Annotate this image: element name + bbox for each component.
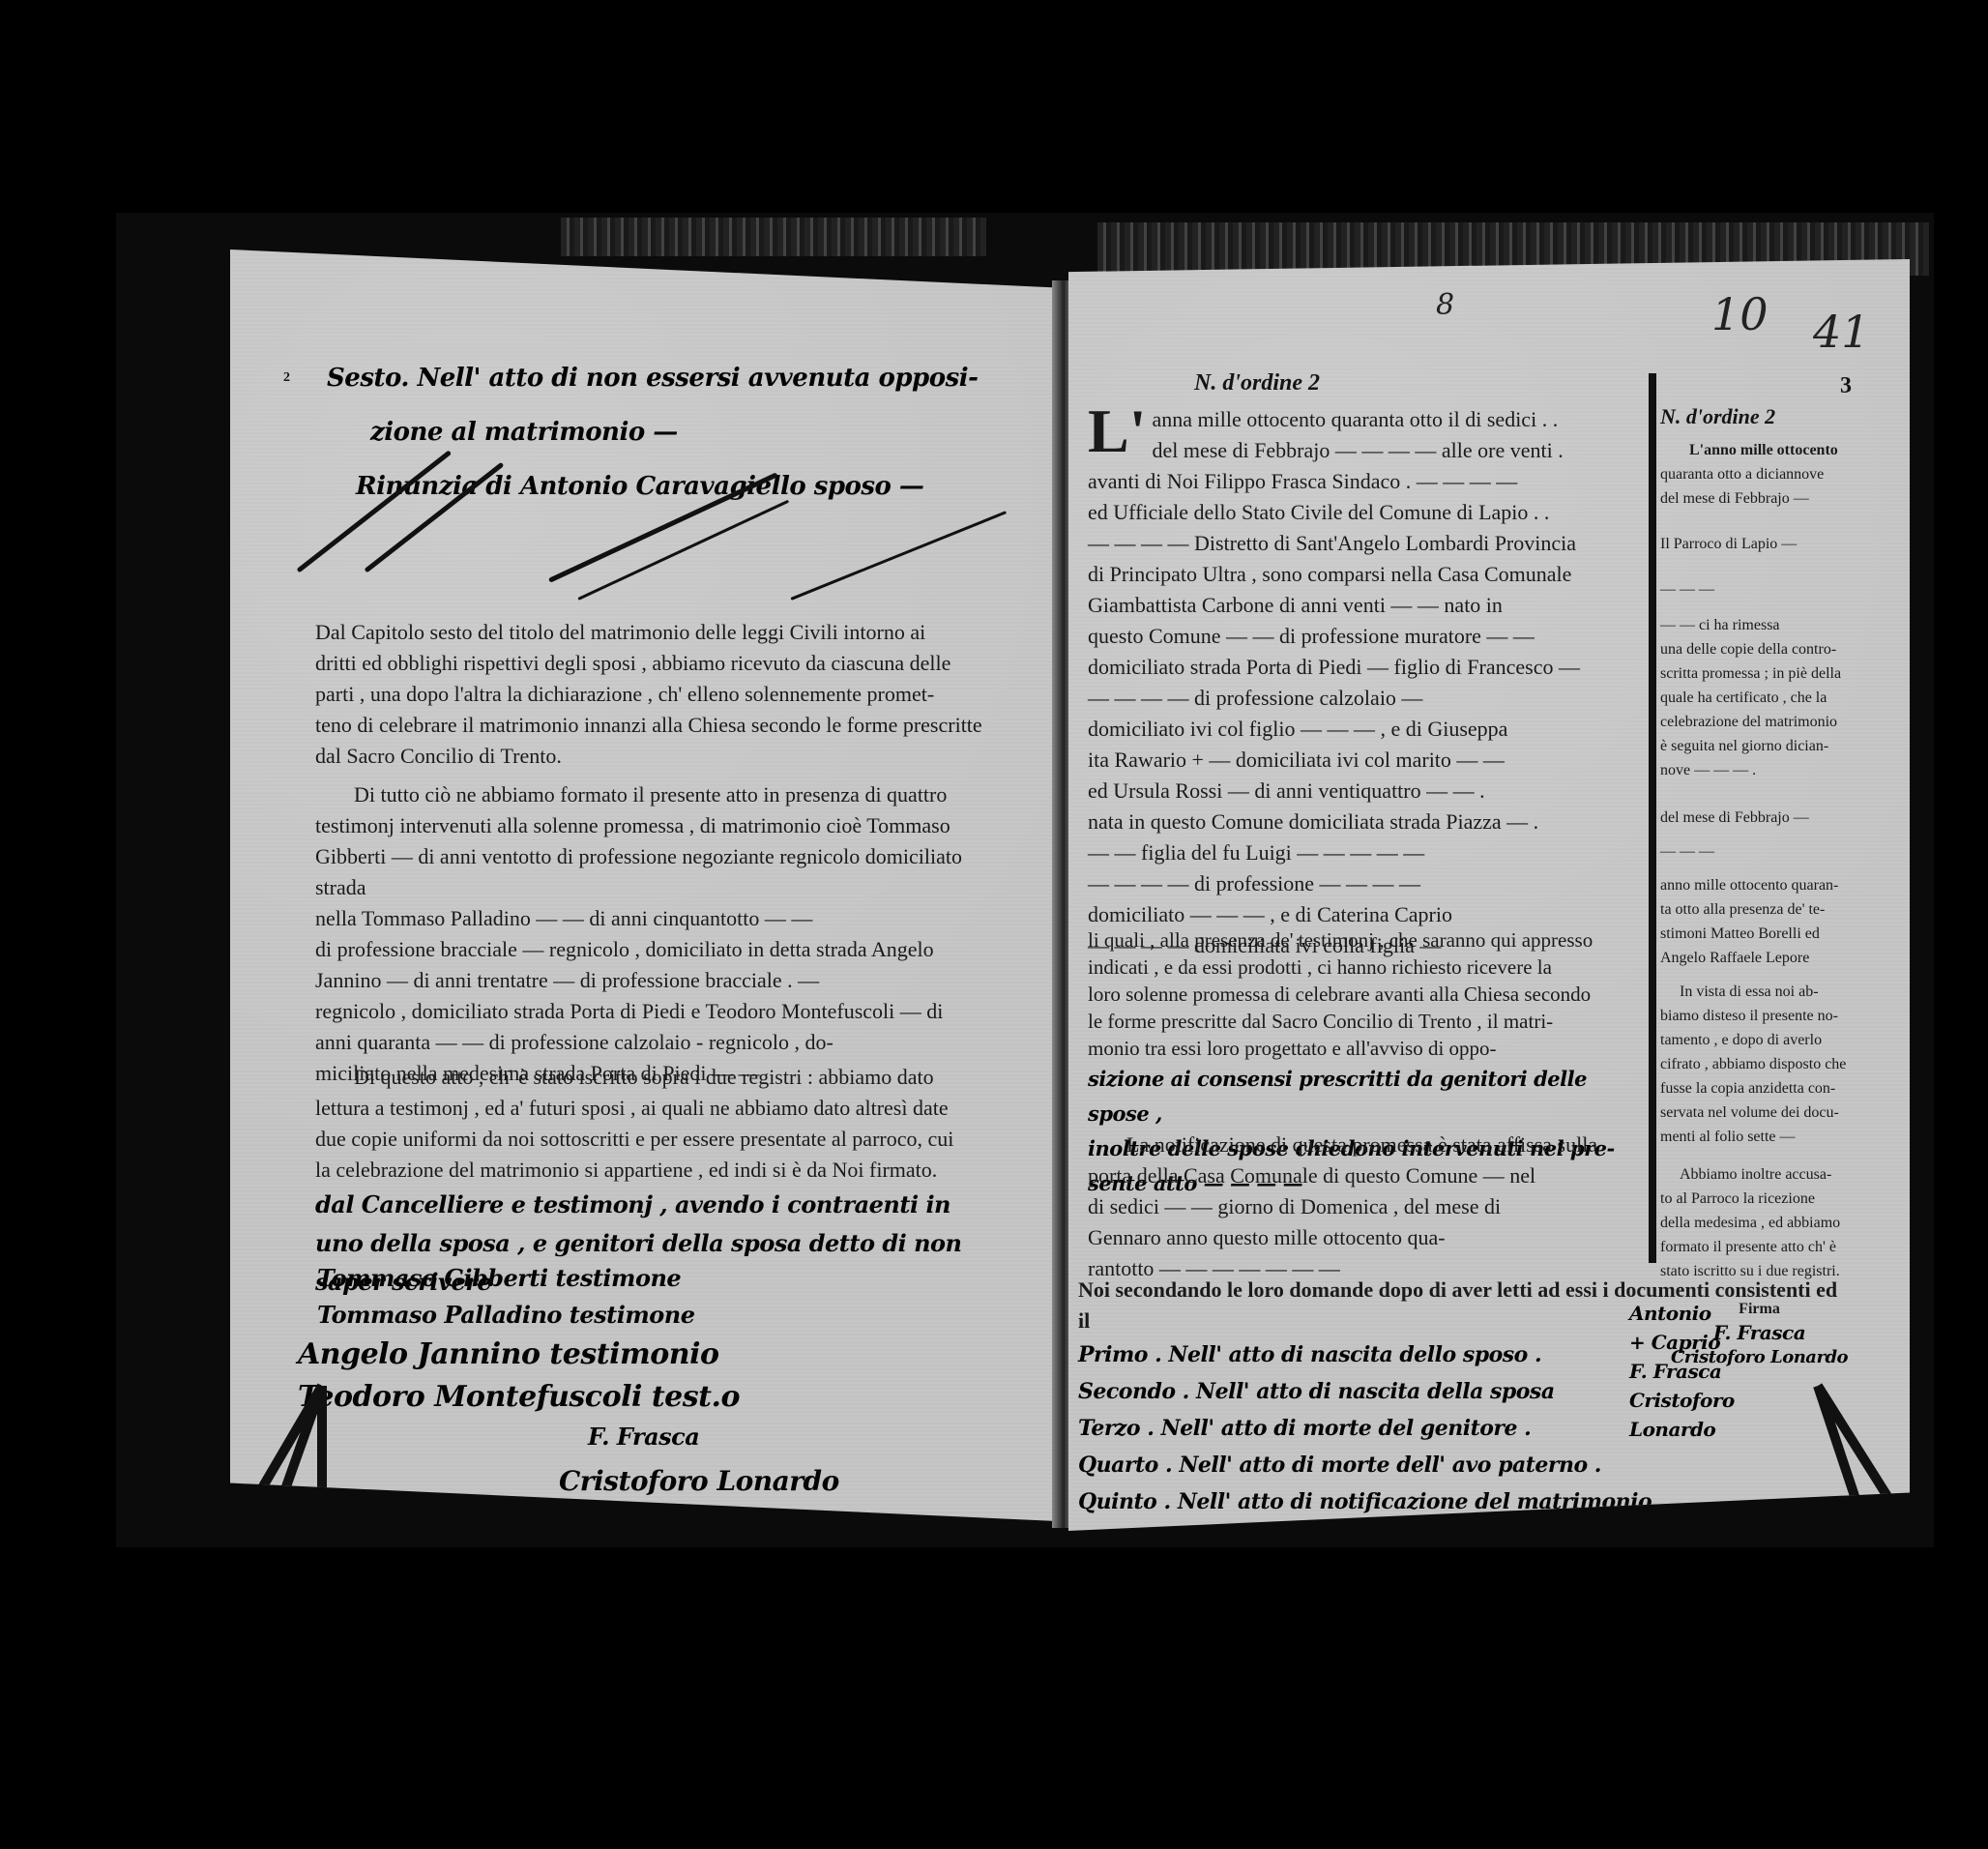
text-line: è seguita nel giorno dician-	[1660, 734, 1858, 758]
signature: Teodoro Montefuscoli test.o	[298, 1376, 975, 1419]
text-line: anni quaranta — — di professione calzola…	[315, 1027, 982, 1058]
text-line: la celebrazione del matrimonio si appart…	[315, 1155, 992, 1186]
text-line: della medesima , ed abbiamo	[1660, 1211, 1858, 1235]
text-line: Angelo Raffaele Lepore	[1660, 946, 1858, 970]
text-line: scritta promessa ; in piè della	[1660, 661, 1858, 686]
text-line: avanti di Noi Filippo Frasca Sindaco . —…	[1088, 466, 1644, 497]
text-line: di sedici — — giorno di Domenica , del m…	[1088, 1191, 1649, 1222]
text-line: Dal Capitolo sesto del titolo del matrim…	[315, 617, 982, 648]
text-line: Di tutto ciò ne abbiamo formato il prese…	[315, 779, 982, 810]
handwritten-header-line: Sesto. Nell' atto di non essersi avvenut…	[327, 351, 1042, 405]
text-line: loro solenne promessa di celebrare avant…	[1088, 981, 1649, 1008]
text-line: ta otto alla presenza de' te-	[1660, 897, 1858, 922]
text-line: del mese di Febbrajo —	[1660, 486, 1858, 511]
text-line: formato il presente atto ch' è	[1660, 1235, 1858, 1259]
text-line: anno mille ottocento quaran-	[1660, 873, 1858, 897]
folio-stamp: 41	[1813, 306, 1870, 358]
text-line: domiciliato ivi col figlio — — — , e di …	[1088, 714, 1644, 745]
text-line: — — — — Distretto di Sant'Angelo Lombard…	[1088, 528, 1644, 559]
text-line: tamento , e dopo di averlo	[1660, 1028, 1858, 1052]
text-line: stato iscritto su i due registri.	[1660, 1259, 1858, 1283]
right-page: 8 10 41 N. d'ordine 2 L' anna mille otto…	[1068, 259, 1910, 1531]
text-line: lettura a testimonj , ed a' futuri sposi…	[315, 1093, 992, 1124]
text-line: le forme prescritte dal Sacro Concilio d…	[1088, 1008, 1649, 1035]
pencil-mark: 8	[1436, 288, 1454, 322]
text-line: ed Ufficiale dello Stato Civile del Comu…	[1088, 497, 1644, 528]
text-line: questo Comune — — di professione murator…	[1088, 621, 1644, 652]
text-line: domiciliato strada Porta di Piedi — figl…	[1088, 652, 1644, 683]
text-line: cifrato , abbiamo disposto che	[1660, 1052, 1858, 1076]
text-line: Giambattista Carbone di anni venti — — n…	[1088, 590, 1644, 621]
text-line: quale ha certificato , che la	[1660, 686, 1858, 710]
side-page-number: 3	[1840, 373, 1852, 399]
side-order-heading: N. d'ordine 2	[1660, 404, 1775, 429]
signature: Tommaso Gibberti testimone	[298, 1260, 975, 1297]
signature: Cristoforo Lonardo	[1629, 1386, 1823, 1444]
text-line: menti al folio sette —	[1660, 1125, 1858, 1149]
text-line: teno di celebrare il matrimonio innanzi …	[315, 710, 982, 741]
handwritten-line: sizione ai consensi prescritti da genito…	[1088, 1062, 1649, 1131]
text-line: porta della Casa Comunale di questo Comu…	[1088, 1160, 1649, 1191]
text-line: monio tra essi loro progettato e all'avv…	[1088, 1035, 1649, 1062]
text-line: di professione bracciale — regnicolo , d…	[315, 934, 982, 965]
text-line: del mese di Febbrajo —	[1660, 806, 1858, 830]
text-line: In vista di essa noi ab-	[1660, 980, 1858, 1004]
text-line: — — — — di professione calzolaio —	[1088, 683, 1644, 714]
text-line: Gibberti — di anni ventotto di professio…	[315, 841, 982, 903]
text-line: testimonj intervenuti alla solenne prome…	[315, 810, 982, 841]
text-line: La notificazione di questa promessa è st…	[1088, 1130, 1649, 1160]
text-line: regnicolo , domiciliato strada Porta di …	[315, 996, 982, 1027]
handwritten-line: dal Cancelliere e testimonj , avendo i c…	[315, 1186, 992, 1224]
text-line: biamo disteso il presente no-	[1660, 1004, 1858, 1028]
text-line: Jannino — di anni trentatre — di profess…	[315, 965, 982, 996]
text-line: Il Parroco di Lapio —	[1660, 532, 1858, 556]
text-line: indicati , e da essi prodotti , ci hanno…	[1088, 954, 1649, 981]
main-declaration: L' anna mille ottocento quaranta otto il…	[1088, 404, 1644, 961]
side-column-text: L'anno mille ottocento quaranta otto a d…	[1660, 438, 1858, 1369]
text-line: nata in questo Comune domiciliata strada…	[1088, 807, 1644, 837]
text-line: ed Ursula Rossi — di anni ventiquattro —…	[1088, 776, 1644, 807]
signature: Cristoforo Lonardo	[1660, 1345, 1858, 1369]
text-line: due copie uniformi da noi sottoscritti e…	[315, 1124, 992, 1155]
text-line: li quali , alla presenza de' testimonj ,…	[1088, 926, 1649, 954]
left-page-number: 2	[283, 370, 290, 386]
text-line: del mese di Febbrajo — — — — alle ore ve…	[1088, 435, 1644, 466]
page-stack-edge-left	[561, 218, 986, 256]
handwritten-line: uno della sposa , e genitori della sposa…	[315, 1224, 992, 1263]
signature: F. Frasca	[1660, 1321, 1858, 1345]
text-line: L'anno mille ottocento	[1660, 438, 1858, 462]
handwritten-header-line: zione al matrimonio —	[327, 405, 1042, 459]
text-line: — — — — di professione — — — —	[1088, 868, 1644, 899]
text-line: di Principato Ultra , sono comparsi nell…	[1088, 559, 1644, 590]
handwritten-header: Sesto. Nell' atto di non essersi avvenut…	[327, 351, 1042, 514]
text-line: stimoni Matteo Borelli ed	[1660, 922, 1858, 946]
witness-paragraph: Di tutto ciò ne abbiamo formato il prese…	[315, 779, 982, 1089]
text-line: Gennaro anno questo mille ottocento qua-	[1088, 1222, 1649, 1253]
chapter-paragraph: Dal Capitolo sesto del titolo del matrim…	[315, 617, 982, 772]
text-line: — — —	[1660, 577, 1858, 602]
cancellation-stroke	[790, 511, 1007, 601]
signature: Angelo Jannino testimonio	[298, 1334, 975, 1376]
folio-handwritten: 10	[1711, 288, 1769, 340]
text-line: anna mille ottocento quaranta otto il di…	[1088, 404, 1644, 435]
text-line: dal Sacro Concilio di Trento.	[315, 741, 982, 772]
signature: Tommaso Palladino testimone	[298, 1297, 975, 1334]
text-line: celebrazione del matrimonio	[1660, 710, 1858, 734]
text-line: fusse la copia anzidetta con-	[1660, 1076, 1858, 1101]
text-line: parti , una dopo l'altra la dichiarazion…	[315, 679, 982, 710]
text-line: nella Tommaso Palladino — — di anni cinq…	[315, 903, 982, 934]
text-line: nove — — — .	[1660, 758, 1858, 782]
order-heading: N. d'ordine 2	[1194, 370, 1320, 396]
text-line: Di questo atto , ch' è stato iscritto so…	[315, 1062, 992, 1093]
text-line: dritti ed obblighi rispettivi degli spos…	[315, 648, 982, 679]
text-line: quaranta otto a diciannove	[1660, 462, 1858, 486]
drop-cap: L'	[1088, 404, 1146, 458]
signature: F. Frasca	[298, 1419, 975, 1455]
document-item: Quarto . Nell' atto di morte dell' avo p…	[1078, 1447, 1852, 1483]
column-divider	[1649, 373, 1656, 1263]
left-page: 2 Sesto. Nell' atto di non essersi avven…	[230, 249, 1057, 1521]
text-line: ita Rawario + — domiciliata ivi col mari…	[1088, 745, 1644, 776]
text-line: — — —	[1660, 839, 1858, 864]
text-line: servata nel volume dei docu-	[1660, 1101, 1858, 1125]
text-line: — — ci ha rimessa	[1660, 613, 1858, 637]
text-line: — — figlia del fu Luigi — — — — —	[1088, 837, 1644, 868]
witness-signatures: Tommaso Gibberti testimone Tommaso Palla…	[298, 1260, 975, 1508]
notification-paragraph: La notificazione di questa promessa è st…	[1088, 1130, 1649, 1284]
text-line: Abbiamo inoltre accusa-	[1660, 1162, 1858, 1187]
text-line: to al Parroco la ricezione	[1660, 1187, 1858, 1211]
signature-label: Firma	[1660, 1297, 1858, 1321]
text-line: una delle copie della contro-	[1660, 637, 1858, 661]
